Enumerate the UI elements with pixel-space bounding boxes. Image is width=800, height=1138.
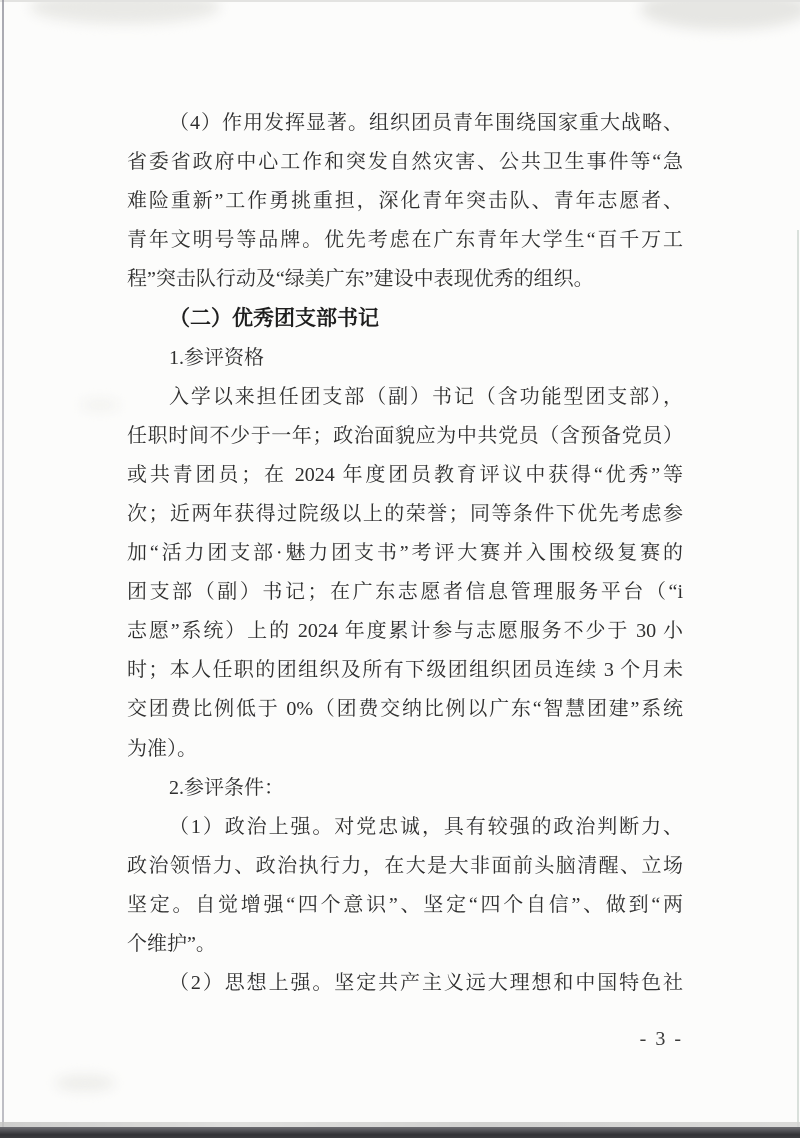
scan-edge-left — [2, 0, 4, 1128]
text-line: 次；近两年获得过院级以上的荣誉；同等条件下优先考虑参 — [127, 495, 683, 534]
text-line: 团支部（副）书记；在广东志愿者信息管理服务平台（“i — [127, 573, 683, 612]
text-line: 入学以来担任团支部（副）书记（含功能型团支部）， — [127, 378, 683, 417]
scan-smudge-top-left — [30, 0, 220, 24]
scan-edge-bottom — [0, 1127, 800, 1138]
text-line: （2）思想上强。坚定共产主义远大理想和中国特色社 — [127, 964, 683, 1003]
text-line: 难险重新”工作勇挑重担，深化青年突击队、青年志愿者、 — [127, 182, 683, 221]
text-line: 程”突击队行动及“绿美广东”建设中表现优秀的组织。 — [127, 260, 683, 299]
text-line: （1）政治上强。对党忠诚，具有较强的政治判断力、 — [127, 808, 683, 847]
text-line: 政治领悟力、政治执行力，在大是大非面前头脑清醒、立场 — [127, 847, 683, 886]
page-number: - 3 - — [127, 1027, 683, 1051]
document-text-block: （4）作用发挥显著。组织团员青年围绕国家重大战略、 省委省政府中心工作和突发自然… — [127, 104, 683, 1003]
text-line: 交团费比例低于 0%（团费交纳比例以广东“智慧团建”系统 — [127, 690, 683, 729]
text-line: 个维护”。 — [127, 925, 683, 964]
subsection-label: 1.参评资格 — [127, 339, 683, 378]
subsection-label: 2.参评条件： — [127, 769, 683, 808]
scan-smudge-bottom-left — [55, 1075, 115, 1091]
scan-smudge-top-right — [640, 0, 800, 30]
text-line: 青年文明号等品牌。优先考虑在广东青年大学生“百千万工 — [127, 221, 683, 260]
text-line: 任职时间不少于一年；政治面貌应为中共党员（含预备党员） — [127, 417, 683, 456]
text-line: 为准）。 — [127, 730, 683, 769]
document-page: （4）作用发挥显著。组织团员青年围绕国家重大战略、 省委省政府中心工作和突发自然… — [0, 0, 800, 1138]
text-line: 时；本人任职的团组织及所有下级团组织团员连续 3 个月未 — [127, 651, 683, 690]
scan-smudge-mid-left — [80, 400, 120, 410]
text-line: （4）作用发挥显著。组织团员青年围绕国家重大战略、 — [127, 104, 683, 143]
text-line: 加“活力团支部·魅力团支书”考评大赛并入围校级复赛的 — [127, 534, 683, 573]
scan-edge-right — [797, 230, 799, 1128]
scan-edge-top — [0, 0, 800, 2]
text-line: 志愿”系统）上的 2024 年度累计参与志愿服务不少于 30 小 — [127, 612, 683, 651]
text-line: 省委省政府中心工作和突发自然灾害、公共卫生事件等“急 — [127, 143, 683, 182]
section-heading: （二）优秀团支部书记 — [127, 299, 683, 338]
text-line: 坚定。自觉增强“四个意识”、坚定“四个自信”、做到“两 — [127, 886, 683, 925]
text-line: 或共青团员；在 2024 年度团员教育评议中获得“优秀”等 — [127, 456, 683, 495]
